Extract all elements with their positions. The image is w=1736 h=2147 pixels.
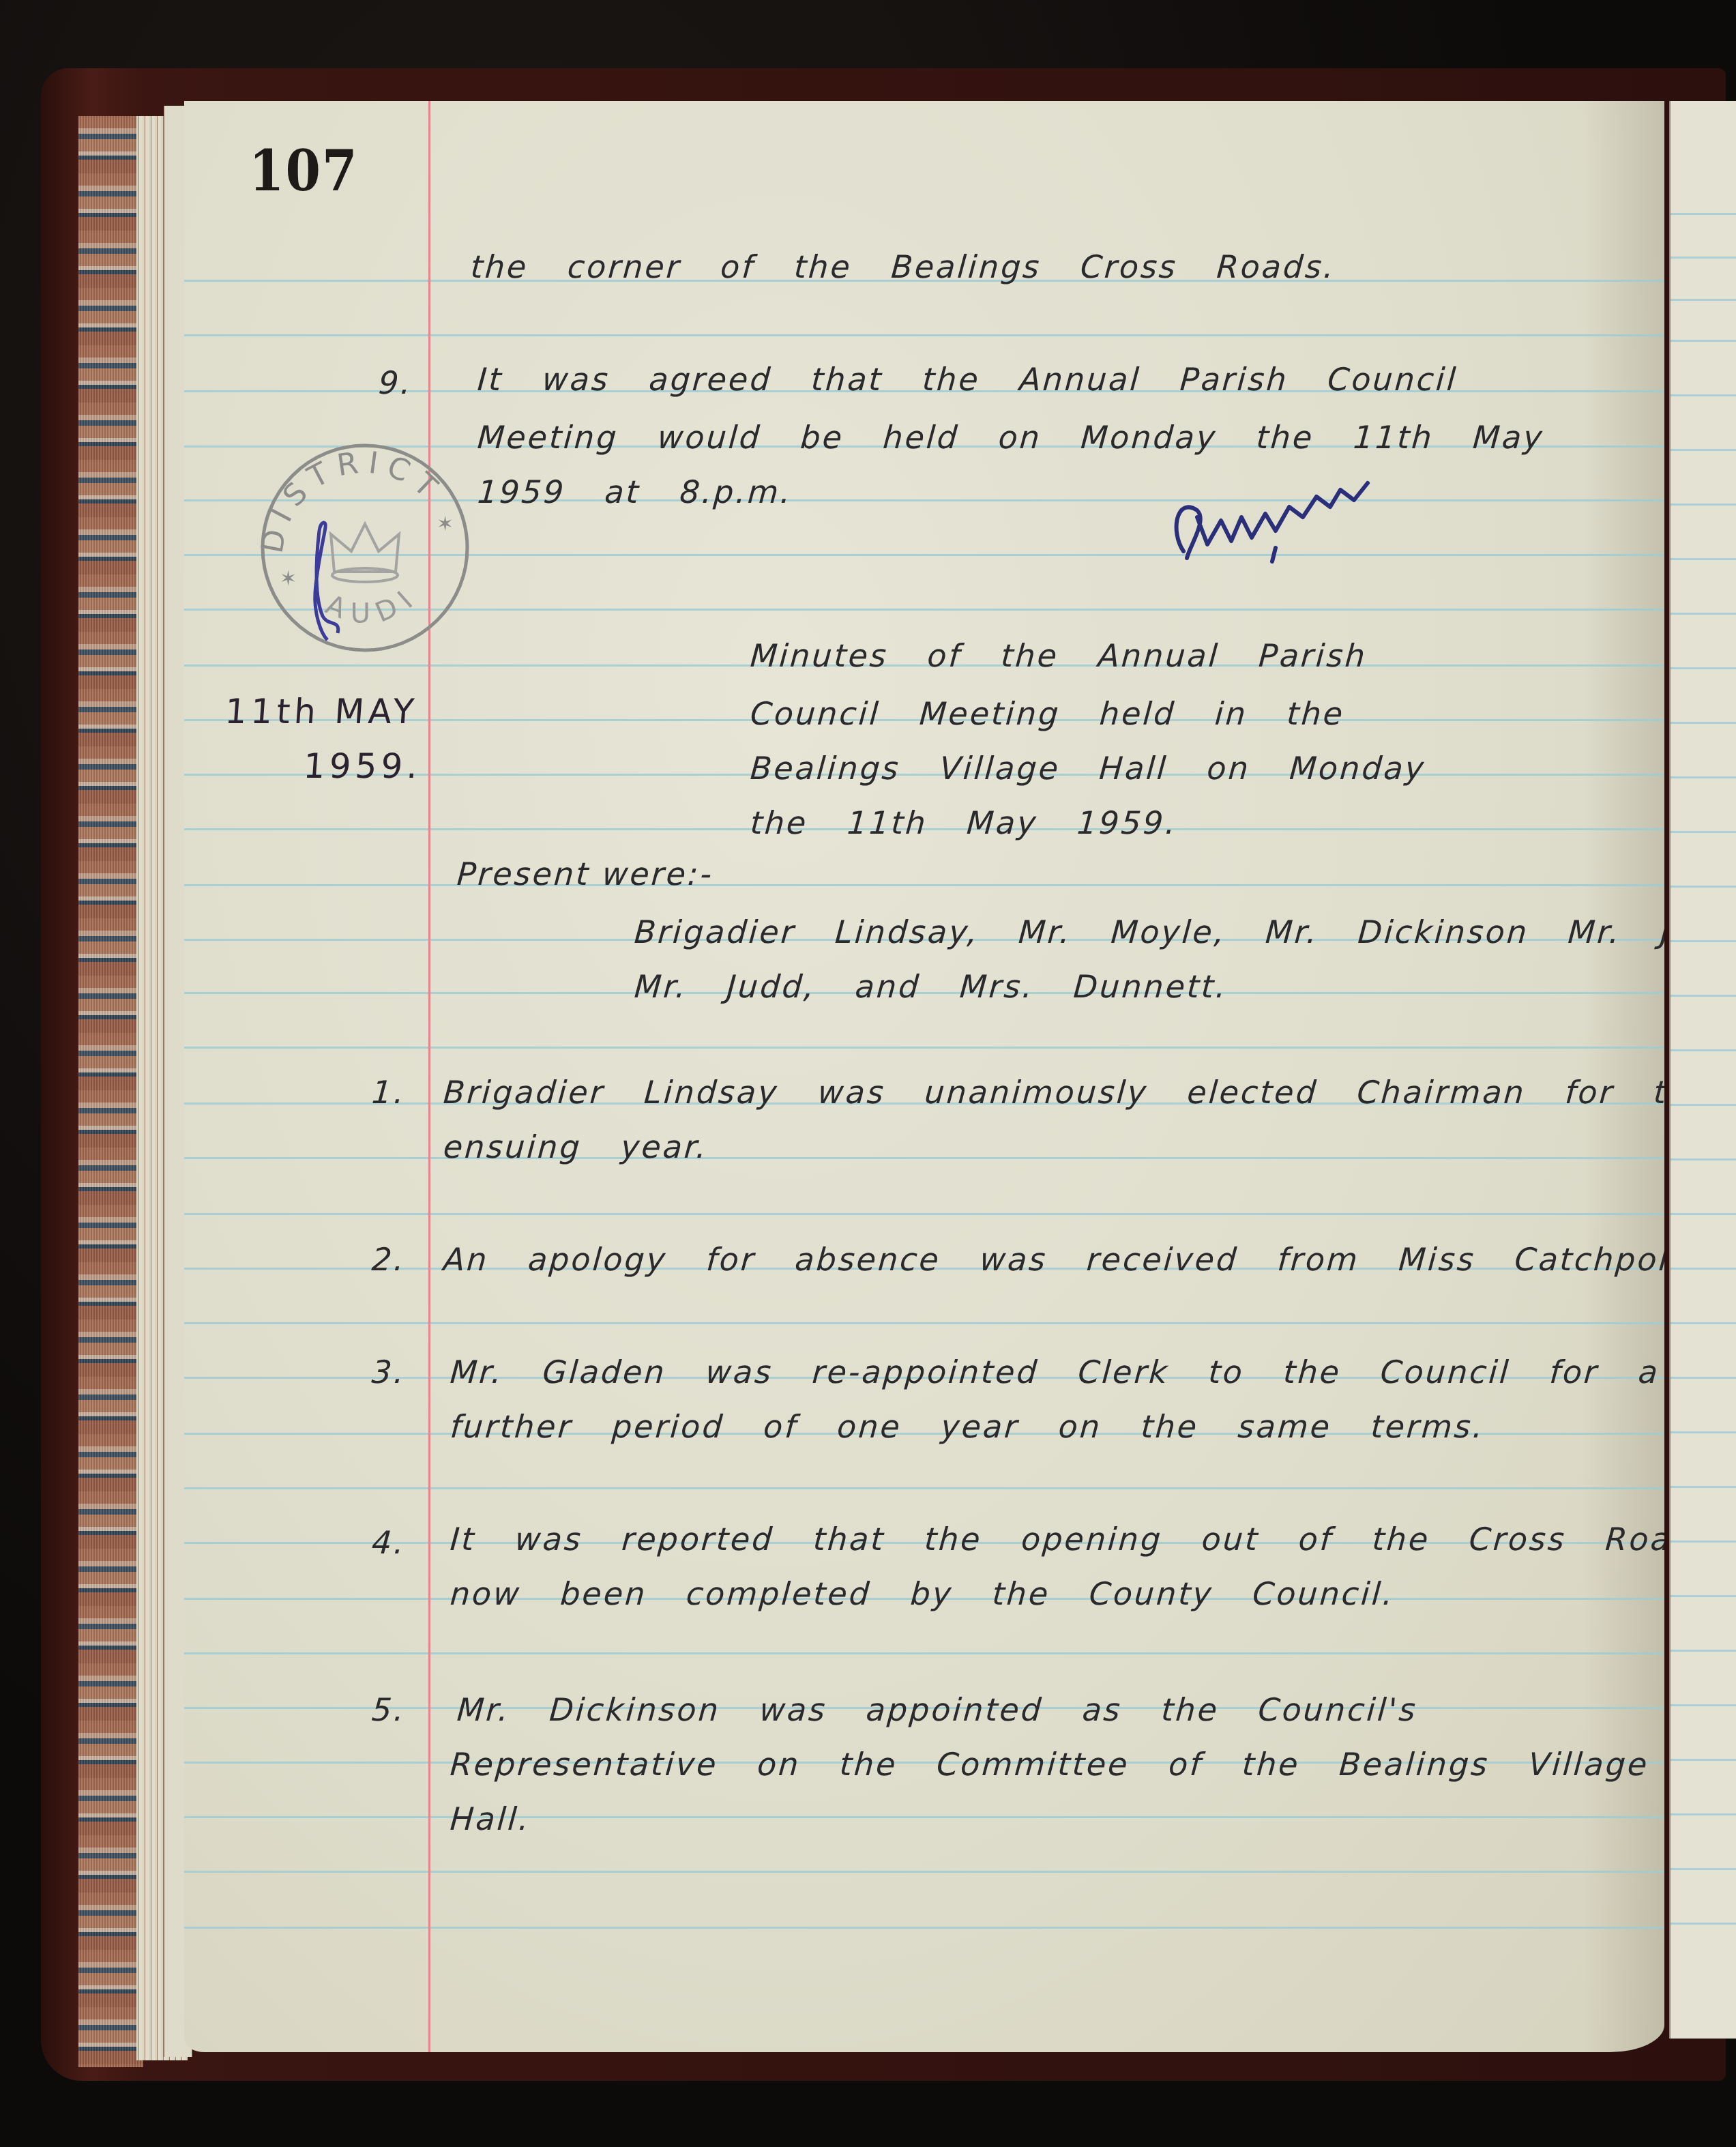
item-1-number: 1.	[370, 1077, 407, 1108]
ruled-line	[184, 1213, 1664, 1215]
item-5-line-2: Representative on the Committee of the B…	[449, 1749, 1650, 1780]
svg-text:DISTRICT: DISTRICT	[255, 445, 450, 556]
item-1-line-2: ensuing year.	[442, 1131, 709, 1163]
attendees-line-1: Brigadier Lindsay, Mr. Moyle, Mr. Dickin…	[633, 916, 1664, 948]
continuation-text: the corner of the Bealings Cross Roads.	[469, 251, 1336, 282]
star-icon: ✶	[437, 512, 454, 536]
marbled-page-edges	[78, 116, 143, 2067]
item-9-line-2: Meeting would be held on Monday the 11th…	[476, 422, 1545, 453]
heading-line-4: the 11th May 1959.	[749, 807, 1178, 838]
ledger-page: 107 the corner of the Bealings Cross Roa…	[184, 101, 1664, 2052]
item-2-line-1: An apology for absence was received from…	[442, 1244, 1664, 1275]
facing-page-edge	[1669, 101, 1736, 2039]
red-margin-line	[428, 101, 430, 2052]
ruled-line	[184, 1322, 1664, 1324]
star-icon: ✶	[280, 567, 297, 591]
margin-date-line-1: 11th MAY	[224, 695, 419, 729]
heading-line-1: Minutes of the Annual Parish	[749, 640, 1368, 671]
ruled-line	[184, 1816, 1664, 1818]
item-5-line-3: Hall.	[449, 1803, 531, 1835]
item-3-number: 3.	[370, 1356, 407, 1388]
ruled-line	[184, 1652, 1664, 1654]
item-4-line-1: It was reported that the opening out of …	[449, 1523, 1664, 1555]
ruled-line	[184, 1157, 1664, 1159]
heading-line-2: Council Meeting held in the	[749, 698, 1345, 729]
district-audit-stamp: DISTRICT AUDIT ✶ ✶	[252, 435, 477, 660]
present-label: Present were:-	[456, 858, 714, 890]
ruled-line	[184, 1927, 1664, 1929]
item-3-line-2: further period of one year on the same t…	[449, 1411, 1486, 1442]
item-3-line-1: Mr. Gladen was re-appointed Clerk to the…	[449, 1356, 1660, 1388]
attendees-line-2: Mr. Judd, and Mrs. Dunnett.	[633, 971, 1229, 1002]
heading-line-3: Bealings Village Hall on Monday	[749, 753, 1426, 784]
ruled-line	[184, 1487, 1664, 1489]
item-1-line-1: Brigadier Lindsay was unanimously electe…	[442, 1077, 1664, 1108]
ruled-line	[184, 1047, 1664, 1049]
crown-icon	[331, 524, 399, 582]
auditor-initial-mark	[315, 523, 338, 640]
chairman-signature	[1156, 469, 1429, 572]
item-9-number: 9.	[377, 367, 413, 398]
item-9-line-1: It was agreed that the Annual Parish Cou…	[476, 364, 1458, 395]
item-5-line-1: Mr. Dickinson was appointed as the Counc…	[456, 1694, 1418, 1725]
item-2-number: 2.	[370, 1244, 407, 1275]
page-number: 107	[249, 139, 358, 204]
ruled-line	[184, 334, 1664, 336]
ruled-line	[184, 884, 1664, 886]
item-4-number: 4.	[370, 1527, 407, 1558]
stamp-top-text: DISTRICT	[255, 445, 450, 556]
ruled-line	[184, 1871, 1664, 1873]
margin-date-line-2: 1959.	[302, 749, 423, 783]
item-5-number: 5.	[370, 1694, 407, 1725]
item-9-line-3: 1959 at 8.p.m.	[476, 476, 793, 508]
item-4-line-2: now been completed by the County Council…	[449, 1578, 1396, 1609]
